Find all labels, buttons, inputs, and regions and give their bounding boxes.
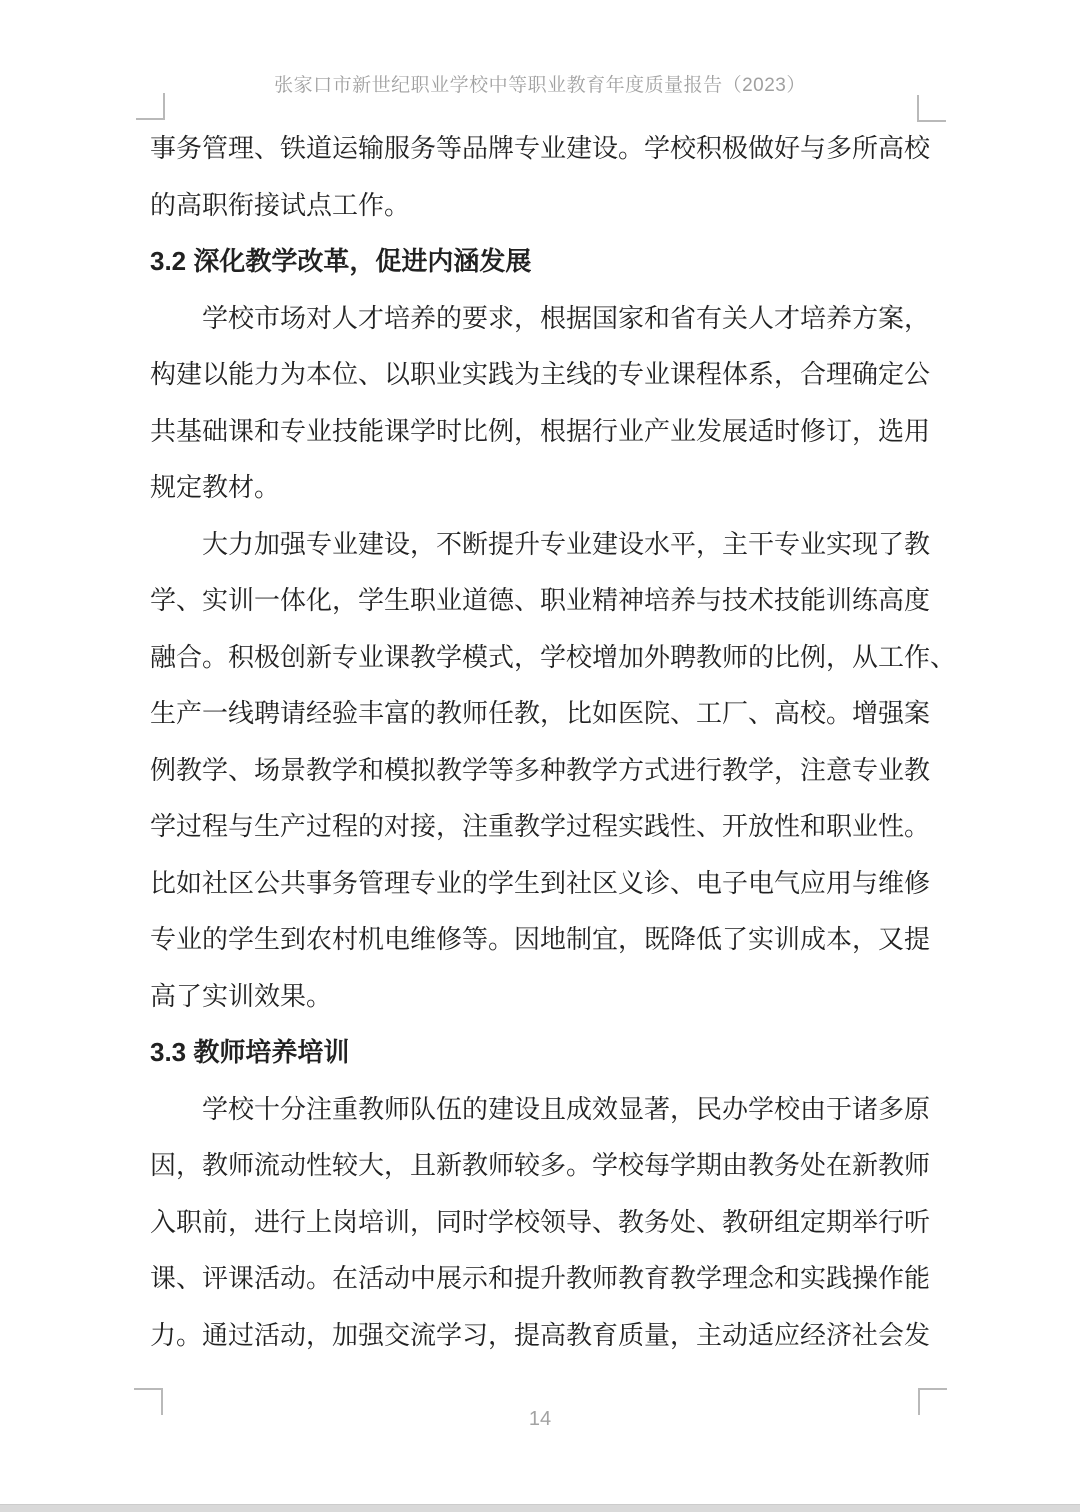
text-line: 专业的学生到农村机电维修等。因地制宜，既降低了实训成本，又提 — [150, 911, 930, 968]
section-heading: 3.3 教师培养培训 — [150, 1024, 930, 1081]
text-line: 学校市场对人才培养的要求，根据国家和省有关人才培养方案， — [150, 290, 930, 347]
viewer-bottom-edge — [0, 1504, 1080, 1512]
crop-mark-top-right-icon — [917, 95, 946, 122]
text-line: 的高职衔接试点工作。 — [150, 177, 930, 234]
document-body: 事务管理、铁道运输服务等品牌专业建设。学校积极做好与多所高校的高职衔接试点工作。… — [150, 120, 930, 1363]
document-page: 张家口市新世纪职业学校中等职业教育年度质量报告（2023） 事务管理、铁道运输服… — [0, 0, 1080, 1512]
text-line: 入职前，进行上岗培训，同时学校领导、教务处、教研组定期举行听 — [150, 1194, 930, 1251]
text-line: 大力加强专业建设，不断提升专业建设水平，主干专业实现了教 — [150, 516, 930, 573]
text-line: 构建以能力为本位、以职业实践为主线的专业课程体系，合理确定公 — [150, 346, 930, 403]
text-line: 高了实训效果。 — [150, 968, 930, 1025]
text-line: 例教学、场景教学和模拟教学等多种教学方式进行教学，注意专业教 — [150, 742, 930, 799]
text-line: 生产一线聘请经验丰富的教师任教，比如医院、工厂、高校。增强案 — [150, 685, 930, 742]
text-line: 学校十分注重教师队伍的建设且成效显著，民办学校由于诸多原 — [150, 1081, 930, 1138]
page-number: 14 — [0, 1408, 1080, 1431]
text-line: 力。通过活动，加强交流学习，提高教育质量，主动适应经济社会发 — [150, 1307, 930, 1364]
text-line: 学过程与生产过程的对接，注重教学过程实践性、开放性和职业性。 — [150, 798, 930, 855]
text-line: 共基础课和专业技能课学时比例，根据行业产业发展适时修订，选用 — [150, 403, 930, 460]
text-line: 因，教师流动性较大，且新教师较多。学校每学期由教务处在新教师 — [150, 1137, 930, 1194]
text-line: 规定教材。 — [150, 459, 930, 516]
text-line: 课、评课活动。在活动中展示和提升教师教育教学理念和实践操作能 — [150, 1250, 930, 1307]
text-line: 事务管理、铁道运输服务等品牌专业建设。学校积极做好与多所高校 — [150, 120, 930, 177]
text-line: 学、实训一体化，学生职业道德、职业精神培养与技术技能训练高度 — [150, 572, 930, 629]
text-line: 比如社区公共事务管理专业的学生到社区义诊、电子电气应用与维修 — [150, 855, 930, 912]
section-heading: 3.2 深化教学改革，促进内涵发展 — [150, 233, 930, 290]
crop-mark-top-left-icon — [136, 93, 165, 120]
text-line: 融合。积极创新专业课教学模式，学校增加外聘教师的比例，从工作、 — [150, 629, 930, 686]
